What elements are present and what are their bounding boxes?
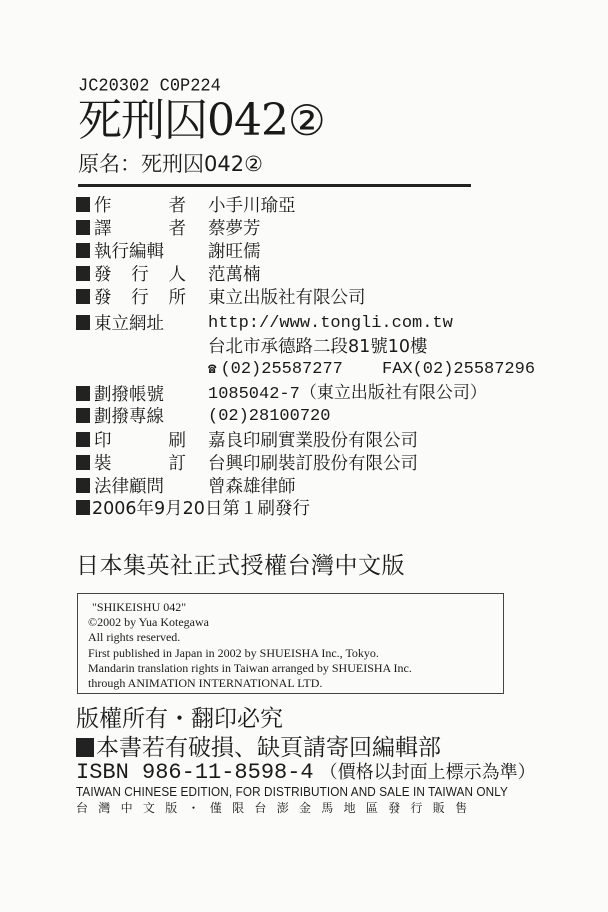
credit-value: 曾森雄律師	[208, 476, 296, 498]
credit-row: 法律顧問曾森雄律師	[76, 476, 92, 498]
credit-label-part: 行	[131, 287, 149, 309]
title-divider	[78, 184, 471, 187]
bullet-square-icon	[76, 243, 90, 258]
print-date: 2006年9月20日第１刷發行	[92, 499, 310, 519]
original-title: 原名：死刑囚042②	[78, 148, 263, 178]
credit-value-text: 1085042-7（東立出版社有限公司）	[208, 385, 487, 404]
fax-number: FAX(02)25587296	[382, 359, 535, 381]
credit-value: 台北市承德路二段81號10樓	[208, 336, 428, 358]
credit-value: 范萬楠	[208, 264, 261, 286]
credit-row: 東立網址http://www.tongli.com.tw	[76, 313, 92, 335]
price-note: （價格以封面上標示為準）	[320, 762, 536, 783]
credit-value: 小手川瑜亞	[208, 195, 296, 217]
catalog-codes: JC20302 C0P224	[78, 76, 221, 97]
credit-label-part: 印	[94, 430, 112, 452]
copyright-line: ©2002 by Yua Kotegawa	[88, 615, 209, 629]
credit-label-part: 東立網址	[94, 313, 164, 335]
credit-label-part: 譯	[94, 218, 112, 240]
credit-value-text: http://www.tongli.com.tw	[208, 314, 453, 333]
bullet-square-icon	[76, 197, 90, 212]
credit-label-part: 訂	[169, 453, 187, 475]
credit-label-part: 劃撥帳號	[94, 384, 164, 406]
credit-label-part: 劃撥專線	[94, 406, 164, 428]
copyright-line: All rights reserved.	[88, 630, 180, 644]
bullet-square-icon	[76, 432, 90, 447]
credit-row: 劃撥帳號1085042-7（東立出版社有限公司）	[76, 384, 92, 406]
credit-label: 執行編輯	[94, 241, 186, 263]
credit-row: 發行所東立出版社有限公司	[76, 287, 92, 309]
credit-value: 蔡夢芳	[208, 218, 261, 240]
license-line: 日本集英社正式授權台灣中文版	[76, 547, 405, 580]
credit-label: 印刷	[94, 430, 186, 452]
credit-value-text: (02)28100720	[208, 407, 330, 426]
bullet-square-icon	[76, 386, 90, 401]
credit-value: http://www.tongli.com.tw	[208, 313, 453, 335]
credit-value-text: 台興印刷裝訂股份有限公司	[208, 454, 418, 474]
credit-row: 裝訂台興印刷裝訂股份有限公司	[76, 453, 92, 475]
credit-value-text: 范萬楠	[208, 265, 261, 285]
isbn-row: ISBN 986-11-8598-4（價格以封面上標示為準）	[76, 758, 536, 785]
credit-label-part: 所	[169, 287, 187, 309]
credit-value-text: 嘉良印刷實業股份有限公司	[208, 431, 418, 451]
credit-value-text: (02)25587277	[220, 360, 342, 379]
credit-label: 發行人	[94, 264, 186, 286]
credit-label: 劃撥帳號	[94, 384, 186, 406]
credit-value-text: 小手川瑜亞	[208, 196, 296, 216]
credit-value-text: 東立出版社有限公司	[208, 288, 366, 308]
credit-label-part: 發	[94, 287, 112, 309]
credit-row: 譯者蔡夢芳	[76, 218, 92, 240]
credit-value-text: 台北市承德路二段81號10樓	[208, 337, 428, 357]
credit-value: 謝旺儒	[208, 241, 261, 263]
title-text: 死刑囚042	[78, 95, 288, 146]
credit-label: 譯者	[94, 218, 186, 240]
copyright-box: "SHIKEISHU 042" ©2002 by Yua Kotegawa Al…	[77, 593, 504, 694]
copyright-line: through ANIMATION INTERNATIONAL LTD.	[88, 676, 322, 690]
credit-row: 執行編輯謝旺儒	[76, 241, 92, 263]
bullet-square-icon	[76, 266, 90, 281]
credit-value: 台興印刷裝訂股份有限公司	[208, 453, 418, 475]
credit-row: 印刷嘉良印刷實業股份有限公司	[76, 430, 92, 452]
credit-label-part: 作	[94, 195, 112, 217]
credit-value: (02)28100720	[208, 406, 330, 428]
credit-value: 東立出版社有限公司	[208, 287, 366, 309]
print-date-row: 2006年9月20日第１刷發行	[76, 498, 310, 520]
copyright-line: Mandarin translation rights in Taiwan ar…	[88, 661, 412, 675]
volume-number: ②	[288, 96, 325, 145]
bullet-square-icon	[76, 220, 90, 235]
bullet-square-icon	[76, 315, 90, 330]
credit-row: 劃撥專線(02)28100720	[76, 406, 92, 428]
bullet-square-icon	[76, 289, 90, 304]
book-title: 死刑囚042②	[78, 97, 325, 145]
credit-label-part: 者	[169, 195, 187, 217]
credit-value-text: 謝旺儒	[208, 242, 261, 262]
telephone-icon: ☎	[208, 359, 216, 381]
bullet-square-icon	[76, 455, 90, 470]
credit-value: ☎(02)25587277	[208, 359, 343, 381]
copyright-line: "SHIKEISHU 042"	[92, 600, 186, 614]
credit-label-part: 人	[169, 264, 187, 286]
credit-label: 東立網址	[94, 313, 186, 335]
bullet-square-icon	[76, 738, 94, 757]
credit-label-part: 行	[131, 264, 149, 286]
bullet-square-icon	[76, 478, 90, 493]
credit-label: 劃撥專線	[94, 406, 186, 428]
distribution-english: TAIWAN CHINESE EDITION, FOR DISTRIBUTION…	[76, 785, 508, 799]
copyright-line: First published in Japan in 2002 by SHUE…	[88, 646, 379, 660]
credit-label: 裝訂	[94, 453, 186, 475]
credit-value: 嘉良印刷實業股份有限公司	[208, 430, 418, 452]
credit-row: 發行人范萬楠	[76, 264, 92, 286]
credit-label-part: 裝	[94, 453, 112, 475]
credit-label-part: 執行編輯	[94, 241, 164, 263]
credit-label-part: 者	[169, 218, 187, 240]
credit-label: 發行所	[94, 287, 186, 309]
credit-label-part: 刷	[169, 430, 187, 452]
distribution-chinese: 台灣中文版・僅限台澎金馬地區發行販售	[76, 799, 477, 816]
credit-label-part: 發	[94, 264, 112, 286]
credit-value-text: 曾森雄律師	[208, 477, 296, 497]
isbn: ISBN 986-11-8598-4	[76, 760, 314, 785]
bullet-square-icon	[76, 408, 90, 423]
credit-label: 作者	[94, 195, 186, 217]
credit-value-text: 蔡夢芳	[208, 219, 261, 239]
bullet-square-icon	[76, 500, 90, 515]
credit-value: 1085042-7（東立出版社有限公司）	[208, 384, 487, 406]
credit-row: 作者小手川瑜亞	[76, 195, 92, 217]
credit-label-part: 法律顧問	[94, 476, 164, 498]
credit-label: 法律顧問	[94, 476, 186, 498]
